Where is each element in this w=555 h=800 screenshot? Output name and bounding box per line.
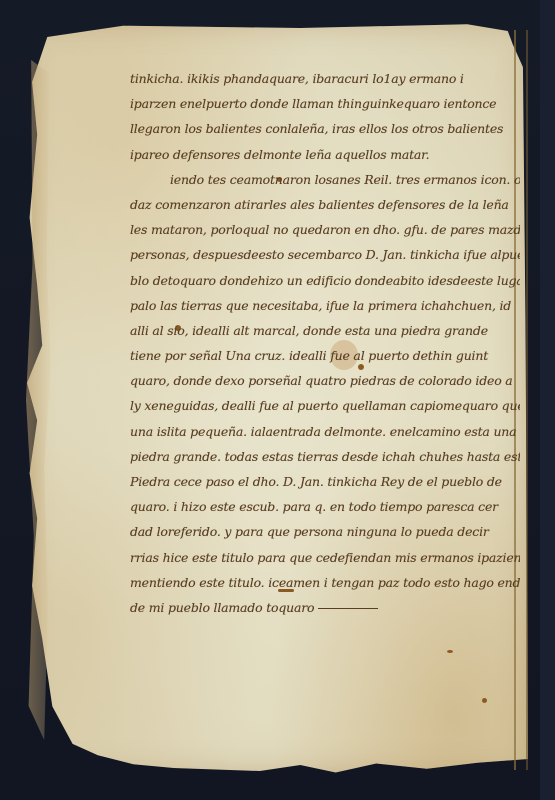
binding-edge-line — [526, 30, 528, 770]
text-line: llegaron los balientes conlaleña, iras e… — [130, 116, 520, 141]
text-line: ipareo defensores delmonte leña aquellos… — [130, 142, 520, 167]
closing-flourish — [318, 608, 378, 609]
text-line: una islita pequeña. ialaentrada delmonte… — [130, 419, 520, 444]
text-line: iparzen enelpuerto donde llaman thinguin… — [130, 91, 520, 116]
text-line: quaro, donde dexo porseñal quatro piedra… — [130, 368, 520, 393]
text-line: ly xeneguidas, dealli fue al puerto quel… — [130, 393, 520, 418]
text-line: dad loreferido. y para que persona ningu… — [130, 519, 520, 544]
ink-stain — [447, 650, 453, 653]
text-line: tinkicha. ikikis phandaquare, ibaracuri … — [130, 66, 520, 91]
text-line: iendo tes ceamotnaron losanes Reil. tres… — [130, 167, 520, 192]
text-line: personas, despuesdeesto secembarco D. Ja… — [130, 242, 520, 267]
ink-stain — [482, 698, 487, 703]
manuscript-text: tinkicha. ikikis phandaquare, ibaracuri … — [130, 66, 520, 620]
closing-text: de mi pueblo llamado toquaro — [130, 600, 314, 615]
text-line: Piedra cece paso el dho. D. Jan. tinkich… — [130, 469, 520, 494]
right-border-strip — [540, 0, 555, 800]
text-line: piedra grande. todas estas tierras desde… — [130, 444, 520, 469]
text-line: blo detoquaro dondehizo un edificio dond… — [130, 268, 520, 293]
text-line: palo las tierras que necesitaba, ifue la… — [130, 293, 520, 318]
text-line: mentiendo este titulo. iceamen i tengan … — [130, 570, 520, 595]
text-line-last: de mi pueblo llamado toquaro — [130, 595, 520, 620]
text-line: tiene por señal Una cruz. idealli fue al… — [130, 343, 520, 368]
text-line: daz comenzaron atirarles ales balientes … — [130, 192, 520, 217]
text-line: les mataron, porloqual no quedaron en dh… — [130, 217, 520, 242]
text-line: alli al sio, idealli alt marcal, donde e… — [130, 318, 520, 343]
text-line: rrias hice este titulo para que cedefien… — [130, 545, 520, 570]
text-line: quaro. i hizo este escub. para q. en tod… — [130, 494, 520, 519]
